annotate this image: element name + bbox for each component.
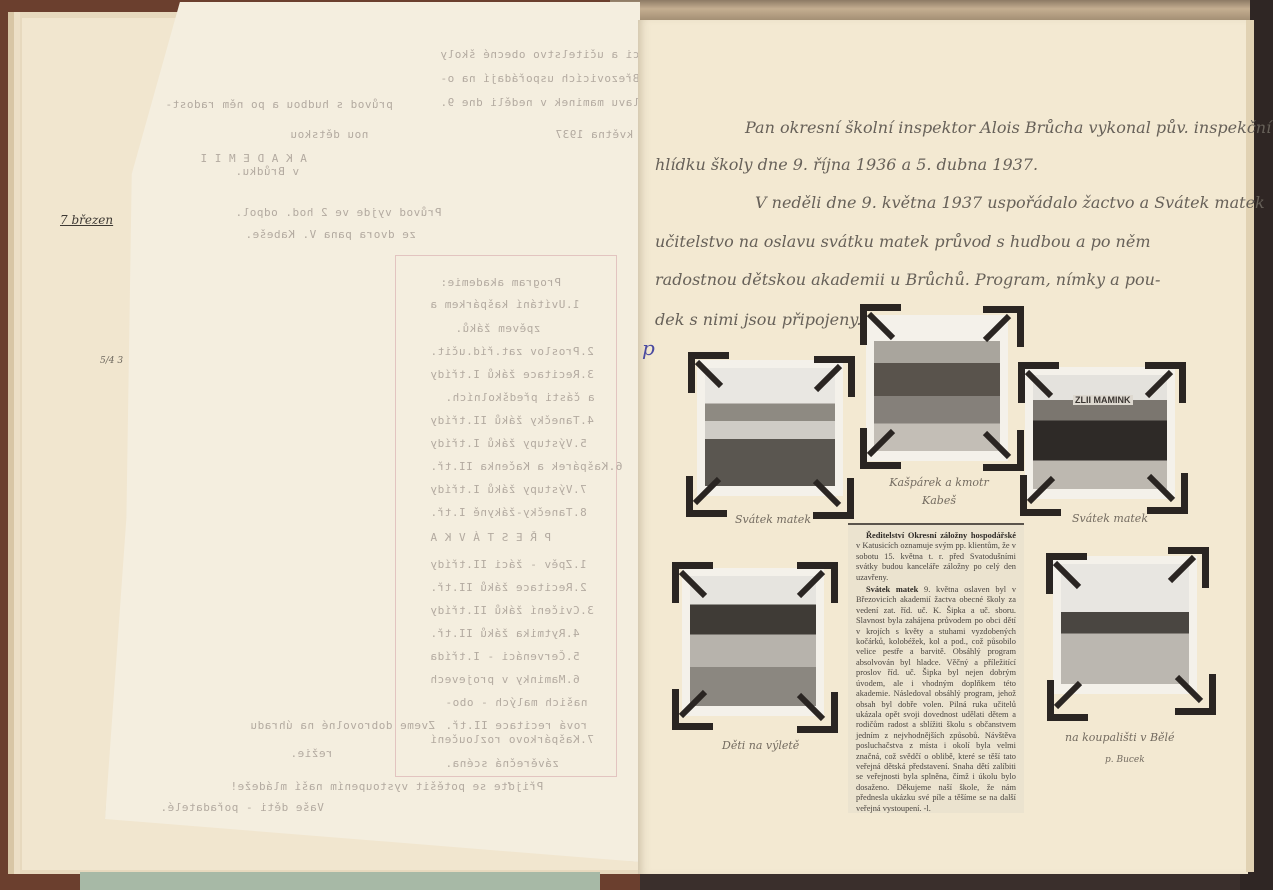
mirrored-line: závěrečná scéna. [445,757,559,770]
mirrored-line: 3.Recitace žáků I.třídy [430,368,594,381]
photo-caption-2: Kašpárek a kmotr Kabeš [884,474,994,510]
mirrored-line: 1.Zpěv - žáci II.třídy [430,558,587,571]
mirrored-line: slavu maminek v neděli dne 9. [440,96,647,109]
margin-small-note: 5/4 3 [100,356,123,366]
photo-corner-icon [860,428,901,469]
mirrored-line: Přijďte se potěšit vystoupením naší mlád… [230,780,543,793]
clipping-heading-1: Ředitelství Okresní záložny hospodářské [866,531,1016,540]
photo-corner-icon [688,352,729,393]
mirrored-line: režie. [290,747,333,760]
handwritten-line-1: Pan okresní školní inspektor Alois Brůch… [745,118,1271,137]
photo-signature: p. Bucek [1105,755,1145,765]
photo-caption-4: Děti na výletě [722,739,799,752]
photo-corner-icon [983,306,1024,347]
handwritten-line-6: dek s nimi jsou připojeny. [655,310,861,329]
bottom-page-tabs [80,872,600,890]
photo-caption-3: Svátek matek [1072,512,1148,525]
photo-corner-icon [672,562,713,603]
mirrored-line: a části předškolních. [445,391,595,404]
photo-corner-icon [814,356,855,397]
right-page-edge [1246,20,1254,872]
mirrored-line: 7.Kašpárkovo rozloučení [430,733,594,746]
clipping-para-2: 9. května oslaven byl v Březovicích akad… [856,585,1016,813]
handwritten-line-3: V neděli dne 9. května 1937 uspořádalo ž… [755,193,1265,212]
photo-corner-icon [1145,362,1186,403]
photo-corner-icon [1047,680,1088,721]
blue-margin-mark: p [642,336,655,360]
photo-corner-icon [672,689,713,730]
mirrored-line: rová recitace II.tř. [445,719,587,732]
clipping-para-1: v Katusicích oznamuje svým pp. klientům,… [856,541,1016,581]
mirrored-line: průvod s hudbou a po něm radost- [165,98,393,111]
photo-corner-icon [1046,553,1087,594]
mirrored-line: Průvod vyjde ve 2 hod. odpol. [235,206,442,219]
mirrored-line: 5.Výstupy žáků I.třídy [430,437,587,450]
handwritten-line-2: hlídku školy dne 9. října 1936 a 5. dubn… [655,155,1038,174]
photo-corner-icon [1020,475,1061,516]
mirrored-line: 8.Tanečky-žákyně I.tř. [430,506,587,519]
mirrored-line: nou dětskou [290,128,368,141]
photo-corner-icon [797,692,838,733]
mirrored-line: Program akademie: [440,276,561,289]
mirrored-line: 4.Rytmika žáků II.tř. [430,627,580,640]
photo-corner-icon [860,304,901,345]
mirrored-line: ze dvora pana V. Kabeše. [245,228,416,241]
newspaper-clipping: Ředitelství Okresní záložny hospodářské … [848,523,1024,813]
photo-caption-1: Svátek matek [735,513,811,526]
photo-banner-text: ZLII MAMINK [1073,395,1133,405]
mirrored-line: 3.Cvičení žáků II.třídy [430,604,594,617]
mirrored-line: zpěvem žáků. [455,322,540,335]
mirrored-line: Žáci a učitelstvo obecné školy [440,48,654,61]
clipping-heading-2: Svátek matek [866,585,918,594]
mirrored-line: v Březovicích uspořádají na o- [440,72,654,85]
mirrored-line: 6.Maminky v projevech [430,673,580,686]
top-page-edge [610,0,1250,22]
photo-corner-icon [686,476,727,517]
photo-corner-icon [813,478,854,519]
mirrored-line: 1.Uvítání kašpárkem a [430,298,580,311]
photo-corner-icon [1018,362,1059,403]
mirrored-line: 7.Výstupy žáků I.třídy [430,483,587,496]
photo-corner-icon [797,562,838,603]
mirrored-line: Zveme dobrovolné na úhradu [250,719,435,732]
photo-caption-5: na koupališti v Bělé [1065,731,1175,744]
photo-corner-icon [1168,547,1209,588]
handwritten-line-5: radostnou dětskou akademii u Brůchů. Pro… [655,270,1160,289]
margin-note-date: 7 březen [60,213,113,227]
mirrored-line: 4.Tanečky žáků II.třídy [430,414,594,427]
handwritten-line-4: učitelstvo na oslavu svátku matek průvod… [655,232,1151,251]
mirrored-line: 6.Kašpárek a Kačenka II.tř. [430,460,622,473]
mirrored-line: Vaše děti - pořadatelé. [160,801,324,814]
photo-corner-icon [1175,674,1216,715]
mirrored-line: 2.Recitace žáků II.tř. [430,581,587,594]
mirrored-line: 5.Červenáci - I.třída [430,650,580,663]
mirrored-line: května 1937 [555,128,633,141]
mirrored-line: našich malých - obo- [445,696,587,709]
mirrored-line: P Ř E S T Á V K A [430,531,551,544]
mirrored-line: 2.Proslov zat.říd.učit. [430,345,594,358]
mirrored-line: A K A D E M I I [200,152,307,165]
mirrored-line: v Brůdku. [235,165,299,178]
photo-corner-icon [1147,473,1188,514]
photo-corner-icon [983,430,1024,471]
